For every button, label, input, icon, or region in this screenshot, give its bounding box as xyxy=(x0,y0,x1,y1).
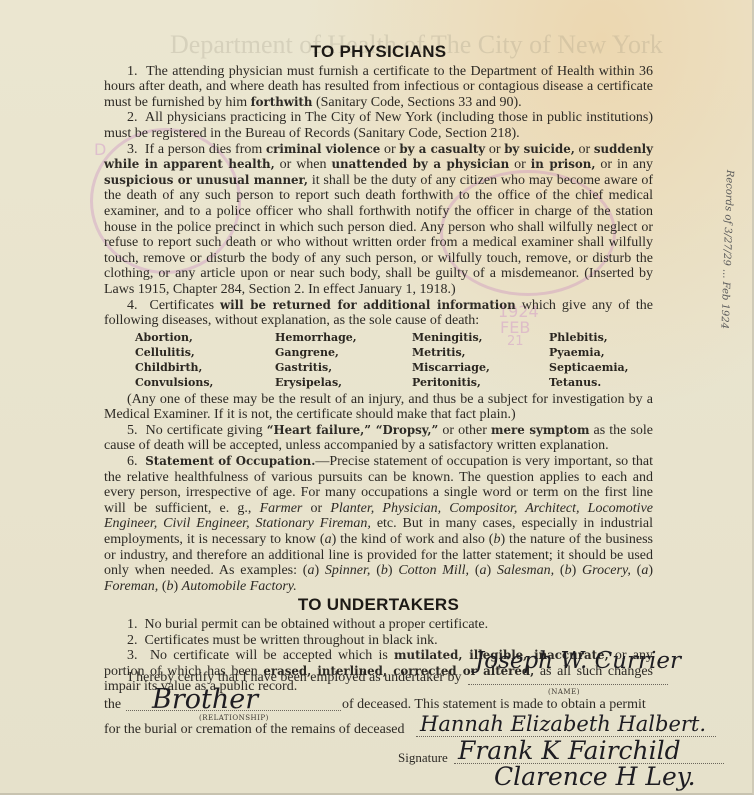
disease-item: Peritonitis, xyxy=(412,375,549,390)
relationship-caption: (RELATIONSHIP) xyxy=(199,714,269,722)
undertakers-heading: TO UNDERTAKERS xyxy=(104,597,653,613)
disease-item: Erysipelas, xyxy=(275,375,412,390)
physicians-item-1: 1. The attending physician must furnish … xyxy=(104,64,653,111)
physicians-item-6: 6. Statement of Occupation.—Precise stat… xyxy=(104,454,653,594)
disease-item: Miscarriage, xyxy=(412,360,549,375)
undertakers-item-1: 1. No burial permit can be obtained with… xyxy=(104,617,653,633)
disease-item: Convulsions, xyxy=(135,375,275,390)
disease-item: Metritis, xyxy=(412,345,549,360)
signature-label: Signature xyxy=(398,750,448,766)
physicians-item-4: 4. Certificates will be returned for add… xyxy=(104,298,653,329)
disease-item: Septicaemia, xyxy=(549,360,684,375)
disease-list: Abortion, Hemorrhage, Meningitis, Phlebi… xyxy=(104,330,653,390)
physicians-item-2: 2. All physicians practicing in The City… xyxy=(104,110,653,141)
relationship-value: Brother xyxy=(152,684,258,715)
deceased-name-value: Hannah Elizabeth Halbert. xyxy=(420,712,706,736)
employer-name-value: Joseph W. Currier xyxy=(475,648,681,674)
disease-item: Phlebitis, xyxy=(549,330,684,345)
disease-item: Tetanus. xyxy=(549,375,684,390)
employer-name-field[interactable] xyxy=(468,684,668,685)
physicians-item-5: 5. No certificate giving “Heart failure,… xyxy=(104,423,653,454)
margin-annotation: Records of 3/27/29 ... Feb 1924 xyxy=(718,170,735,330)
disease-item: Gangrene, xyxy=(275,345,412,360)
signature-value: Frank K Fairchild xyxy=(458,736,681,765)
instructions-body: TO PHYSICIANS 1. The attending physician… xyxy=(104,44,653,695)
undertakers-item-2: 2. Certificates must be written througho… xyxy=(104,633,653,649)
signature-value-2: Clarence H Ley. xyxy=(494,762,696,791)
disease-item: Pyaemia, xyxy=(549,345,684,360)
the-label: the xyxy=(104,697,121,713)
disease-item: Childbirth, xyxy=(135,360,275,375)
disease-item: Abortion, xyxy=(135,330,275,345)
physicians-heading: TO PHYSICIANS xyxy=(104,44,653,60)
injury-note: (Any one of these may be the result of a… xyxy=(104,392,653,423)
disease-item: Gastritis, xyxy=(275,360,412,375)
document-page: Department of Health of The City of New … xyxy=(0,0,754,795)
name-caption: (NAME) xyxy=(548,688,580,696)
disease-item: Cellulitis, xyxy=(135,345,275,360)
disease-item: Hemorrhage, xyxy=(275,330,412,345)
physicians-item-3: 3. If a person dies from criminal violen… xyxy=(104,142,653,298)
disease-item: Meningitis, xyxy=(412,330,549,345)
permit-statement: of deceased. This statement is made to o… xyxy=(342,697,646,713)
burial-line-text: for the burial or cremation of the remai… xyxy=(104,722,404,738)
